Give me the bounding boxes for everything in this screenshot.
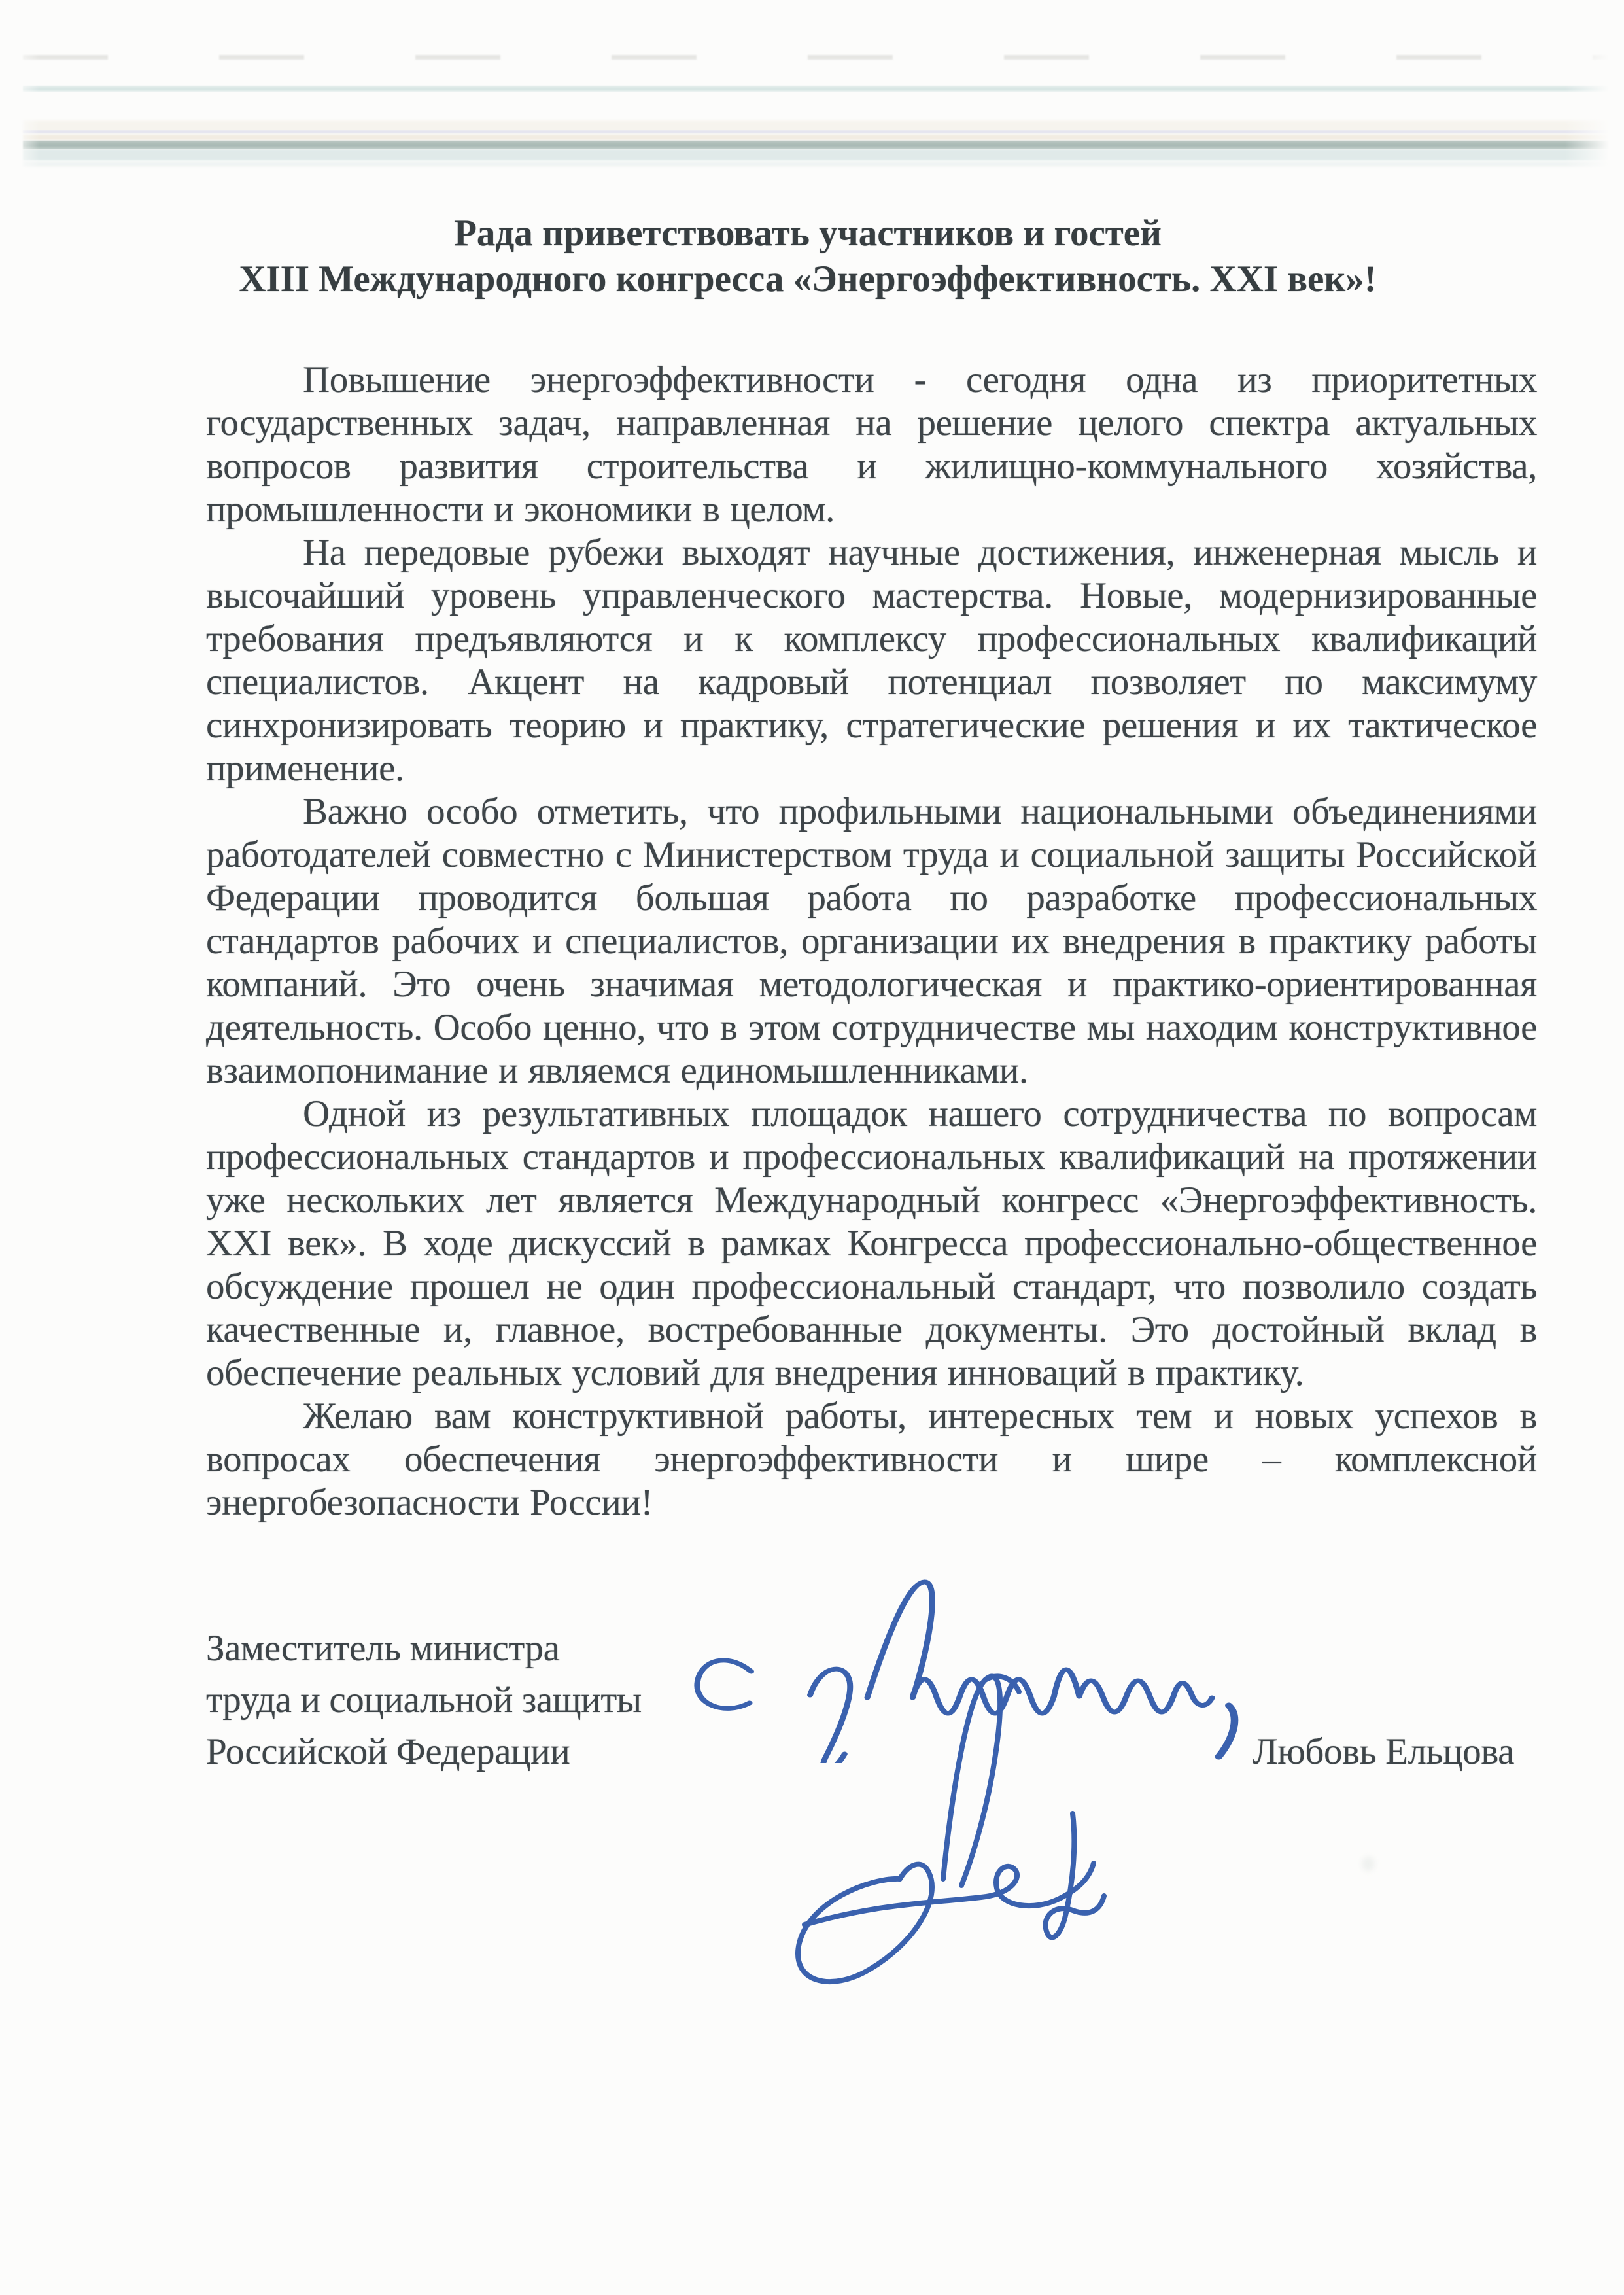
signature-lower-loop [798,1865,932,1982]
scan-smudge [1362,1857,1375,1871]
scanned-letter-page: Рада приветствовать участников и гостей … [0,0,1624,2295]
letter-title: Рада приветствовать участников и гостей … [206,211,1409,302]
letter-content: Рада приветствовать участников и гостей … [0,0,1624,1778]
letter-body: Повышение энергоэффективности - сегодня … [206,359,1537,1524]
letter-title-line1: Рада приветствовать участников и гостей [206,211,1409,256]
signer-name: Любовь Ельцова [1253,1726,1514,1778]
signer-position-line1: Заместитель министра [206,1622,642,1674]
signer-position: Заместитель министра труда и социальной … [206,1622,642,1778]
paragraph-2: На передовые рубежи выходят научные дост… [206,531,1537,790]
signature-right-tail [1045,1813,1104,1937]
paragraph-5: Желаю вам конструктивной работы, интерес… [206,1395,1537,1524]
paragraph-3: Важно особо отметить, что профильными на… [206,790,1537,1093]
signer-position-line2: труда и социальной защиты [206,1674,642,1726]
paragraph-1: Повышение энергоэффективности - сегодня … [206,359,1537,531]
signer-position-line3: Российской Федерации [206,1726,642,1778]
signoff-block: Заместитель министра труда и социальной … [206,1622,1537,1778]
paragraph-4: Одной из результативных площадок нашего … [206,1093,1537,1395]
letter-title-line2: XIII Международного конгресса «Энергоэфф… [206,256,1409,302]
signature-middle-flourish [804,1863,1094,1925]
